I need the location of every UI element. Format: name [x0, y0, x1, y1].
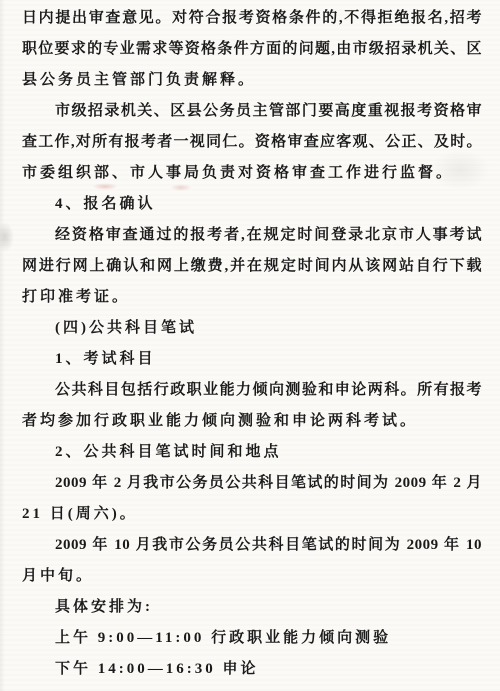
text-line: 市级招录机关、区县公务员主管部门要高度重视报考资格审 — [22, 96, 482, 127]
text-line: (四)公共科目笔试 — [22, 313, 482, 344]
text-line: 月中旬。 — [22, 561, 482, 592]
scan-smudge — [0, 222, 14, 252]
text-line: 4、报名确认 — [22, 189, 482, 220]
text-line: 市委组织部、市人事局负责对资格审查工作进行监督。 — [22, 158, 482, 189]
text-line: 下午 14:00—16:30 申论 — [22, 654, 482, 685]
text-line: 查工作,对所有报考者一视同仁。资格审查应客观、公正、及时。 — [22, 127, 482, 158]
text-line: 经资格审查通过的报考者,在规定时间登录北京市人事考试 — [22, 220, 482, 251]
text-line: 公共科目包括行政职业能力倾向测验和申论两科。所有报考 — [22, 375, 482, 406]
text-line: 网进行网上确认和网上缴费,并在规定时间内从该网站自行下载 — [22, 251, 482, 282]
text-line: 2009 年 2 月我市公务员公共科目笔试的时间为 2009 年 2 月 — [22, 468, 482, 499]
text-line: 打印准考证。 — [22, 282, 482, 313]
text-line: 具体安排为: — [22, 592, 482, 623]
text-line: 职位要求的专业需求等资格条件方面的问题,由市级招录机关、区 — [22, 34, 482, 65]
text-line: 2、公共科目笔试时间和地点 — [22, 437, 482, 468]
text-line: 者均参加行政职业能力倾向测验和申论两科考试。 — [22, 406, 482, 437]
text-line: 21 日(周六)。 — [22, 499, 482, 530]
document-text: 日内提出审查意见。对符合报考资格条件的,不得拒绝报名,招考职位要求的专业需求等资… — [22, 3, 482, 685]
text-line: 2009 年 10 月我市公务员公共科目笔试的时间为 2009 年 10 — [22, 530, 482, 561]
text-line: 上午 9:00—11:00 行政职业能力倾向测验 — [22, 623, 482, 654]
text-line: 1、考试科目 — [22, 344, 482, 375]
text-line: 县公务员主管部门负责解释。 — [22, 65, 482, 96]
scanned-document-page: 日内提出审查意见。对符合报考资格条件的,不得拒绝报名,招考职位要求的专业需求等资… — [0, 0, 500, 691]
text-line: 日内提出审查意见。对符合报考资格条件的,不得拒绝报名,招考 — [22, 3, 482, 34]
